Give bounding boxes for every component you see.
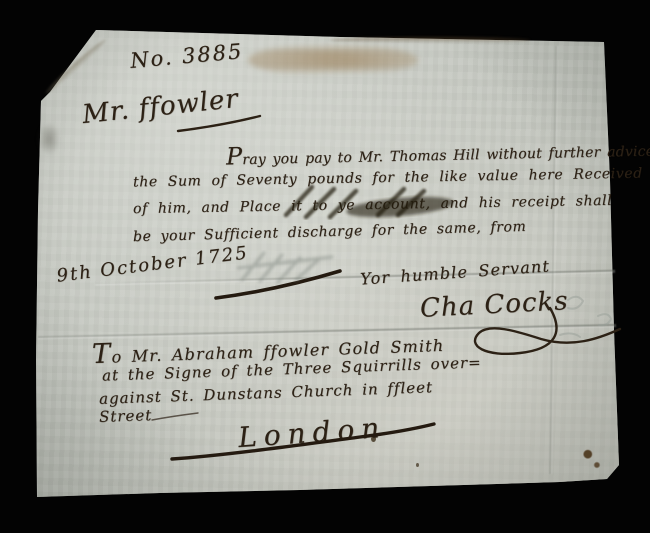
stain-top-center [248,44,418,76]
photo-frame: No. 3885 Mr. ffowler Pray you pay to Mr.… [0,0,650,533]
address-line-4: Street [99,406,153,426]
stain-bottom-right [580,447,606,471]
ink-dot-2 [416,463,419,467]
fold-shadow-left [38,122,60,156]
edge-scorch-top [330,37,530,43]
